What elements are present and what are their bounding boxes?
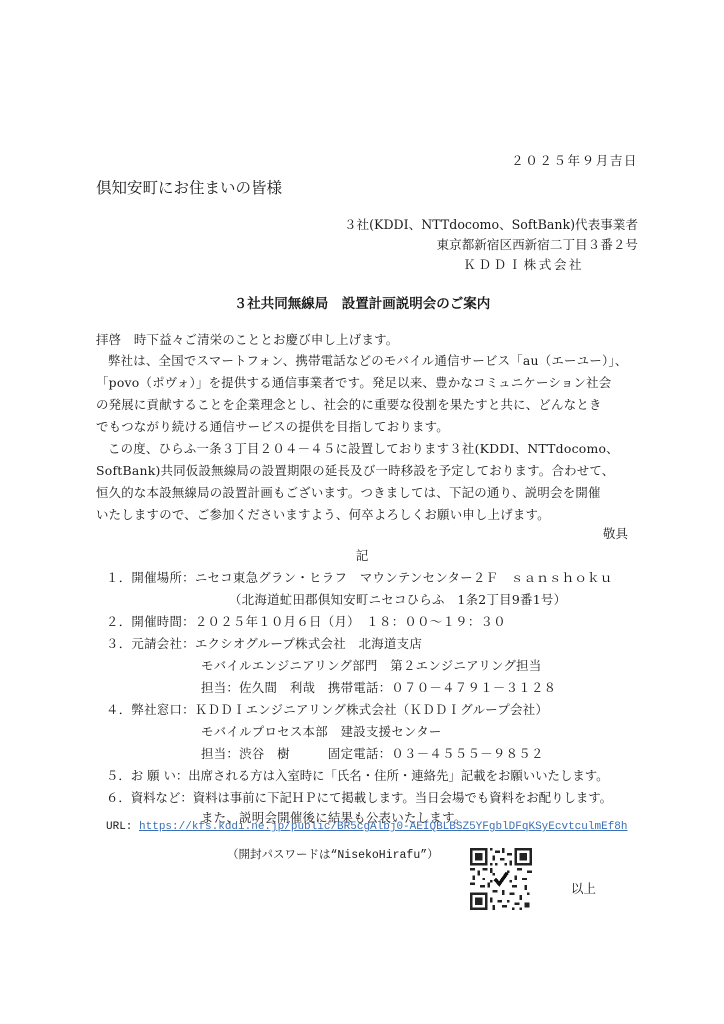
- item-label: １．開催場所：: [106, 570, 195, 585]
- qr-code-icon[interactable]: [470, 848, 532, 910]
- paragraph-1-line: でもつながり続ける通信サービスの提供を目指しております。: [96, 417, 449, 435]
- item-label: ６．資料など：: [106, 790, 193, 805]
- password-value: “NisekoHirafu”: [331, 849, 428, 862]
- addressee: 倶知安町にお住まいの皆様: [96, 176, 282, 198]
- password-suffix: ）: [427, 847, 439, 861]
- item-label: ５．お 願 い：: [106, 768, 188, 783]
- item-value: エクシオグループ株式会社 北海道支店: [195, 636, 422, 651]
- item-company-contact: ４．弊社窓口：ＫＤＤＩエンジニアリング株式会社（ＫＤＤＩグループ会社）: [106, 700, 548, 718]
- document-date: ２０２５年９月吉日: [511, 150, 638, 169]
- item-label: ２．開催時間：: [106, 614, 195, 629]
- item-value: ＫＤＤＩエンジニアリング株式会社（ＫＤＤＩグループ会社）: [195, 702, 548, 717]
- password-note: （開封パスワードは“NisekoHirafu”）: [227, 846, 439, 862]
- end-marker: 以上: [571, 878, 596, 897]
- item-value: ２０２５年１０月６日（月） １８：００～１９：３０: [195, 614, 506, 629]
- item-label: ３．元請会社：: [106, 636, 195, 651]
- paragraph-1-line: 弊社は、全国でスマートフォン、携帯電話などのモバイル通信サービス「au（エーユー…: [108, 351, 628, 369]
- item-label: ４．弊社窓口：: [106, 702, 195, 717]
- item-materials: ６．資料など：資料は事前に下記ＨＰにて掲載します。当日会場でも資料をお配りします…: [106, 788, 612, 806]
- paragraph-2-line: 恒久的な本設無線局の設置計画もございます。つきましては、下記の通り、説明会を開催: [96, 483, 601, 501]
- sender-companies: ３社(KDDI、NTTdocomo、SoftBank)代表事業者: [344, 214, 638, 233]
- sender-address: 東京都新宿区西新宿二丁目３番２号: [437, 234, 639, 253]
- item-value: ニセコ東急グラン・ヒラフ マウンテンセンター２Ｆ ｓａｎｓｈｏｋｕ: [195, 570, 613, 585]
- password-prefix: （開封パスワードは: [227, 847, 331, 861]
- item-company-phone: 担当：渋谷 樹 固定電話：０３－４５５５－９８５２: [201, 744, 544, 762]
- item-contractor-contact: 担当：佐久間 利哉 携帯電話：０７０－４７９１－３１２８: [201, 678, 556, 696]
- item-contractor: ３．元請会社：エクシオグループ株式会社 北海道支店: [106, 634, 422, 652]
- item-value: 出席される方は入室時に「氏名・住所・連絡先」記載をお願いいたします。: [188, 768, 608, 783]
- document-title: ３社共同無線局 設置計画説明会のご案内: [0, 292, 724, 312]
- ki-heading: 記: [0, 545, 724, 564]
- closing-keigu: 敬具: [603, 523, 628, 542]
- item-venue: １．開催場所：ニセコ東急グラン・ヒラフ マウンテンセンター２Ｆ ｓａｎｓｈｏｋｕ: [106, 568, 613, 586]
- materials-url-link[interactable]: https://kfs.kddi.ne.jp/public/BR5cgAlbj0…: [139, 821, 627, 833]
- item-contractor-dept: モバイルエンジニアリング部門 第２エンジニアリング担当: [201, 656, 542, 674]
- paragraph-1-line: の発展に貢献することを企業理念とし、社会的に重要な役割を果たすと共に、どんなとき: [96, 395, 602, 413]
- sender-name: ＫＤＤＩ株式会社: [463, 254, 584, 273]
- item-request: ５．お 願 い：出席される方は入室時に「氏名・住所・連絡先」記載をお願いいたしま…: [106, 766, 609, 784]
- greeting: 拝啓 時下益々ご清栄のこととお慶び申し上げます。: [96, 330, 398, 348]
- item-time: ２．開催時間：２０２５年１０月６日（月） １８：００～１９：３０: [106, 612, 506, 630]
- paragraph-1-line: 「povo（ポヴォ）」を提供する通信事業者です。発足以来、豊かなコミュニケーショ…: [96, 373, 611, 391]
- item-venue-address: （北海道虻田郡倶知安町ニセコひらふ 1条2丁目9番1号）: [229, 590, 566, 608]
- paragraph-2-line: いたしますので、ご参加くださいますよう、何卒よろしくお願い申し上げます。: [96, 505, 550, 523]
- paragraph-2-line: この度、ひらふ一条３丁目２０４－４５に設置しております３社(KDDI、NTTdo…: [108, 439, 619, 457]
- item-value: 資料は事前に下記ＨＰにて掲載します。当日会場でも資料をお配りします。: [193, 790, 612, 805]
- item-company-dept: モバイルプロセス本部 建設支援センター: [201, 722, 442, 740]
- paragraph-2-line: SoftBank)共同仮設無線局の設置期限の延長及び一時移設を予定しております。…: [96, 461, 614, 479]
- url-label: URL:: [106, 821, 132, 833]
- url-row: URL: https://kfs.kddi.ne.jp/public/BR5cg…: [106, 821, 628, 833]
